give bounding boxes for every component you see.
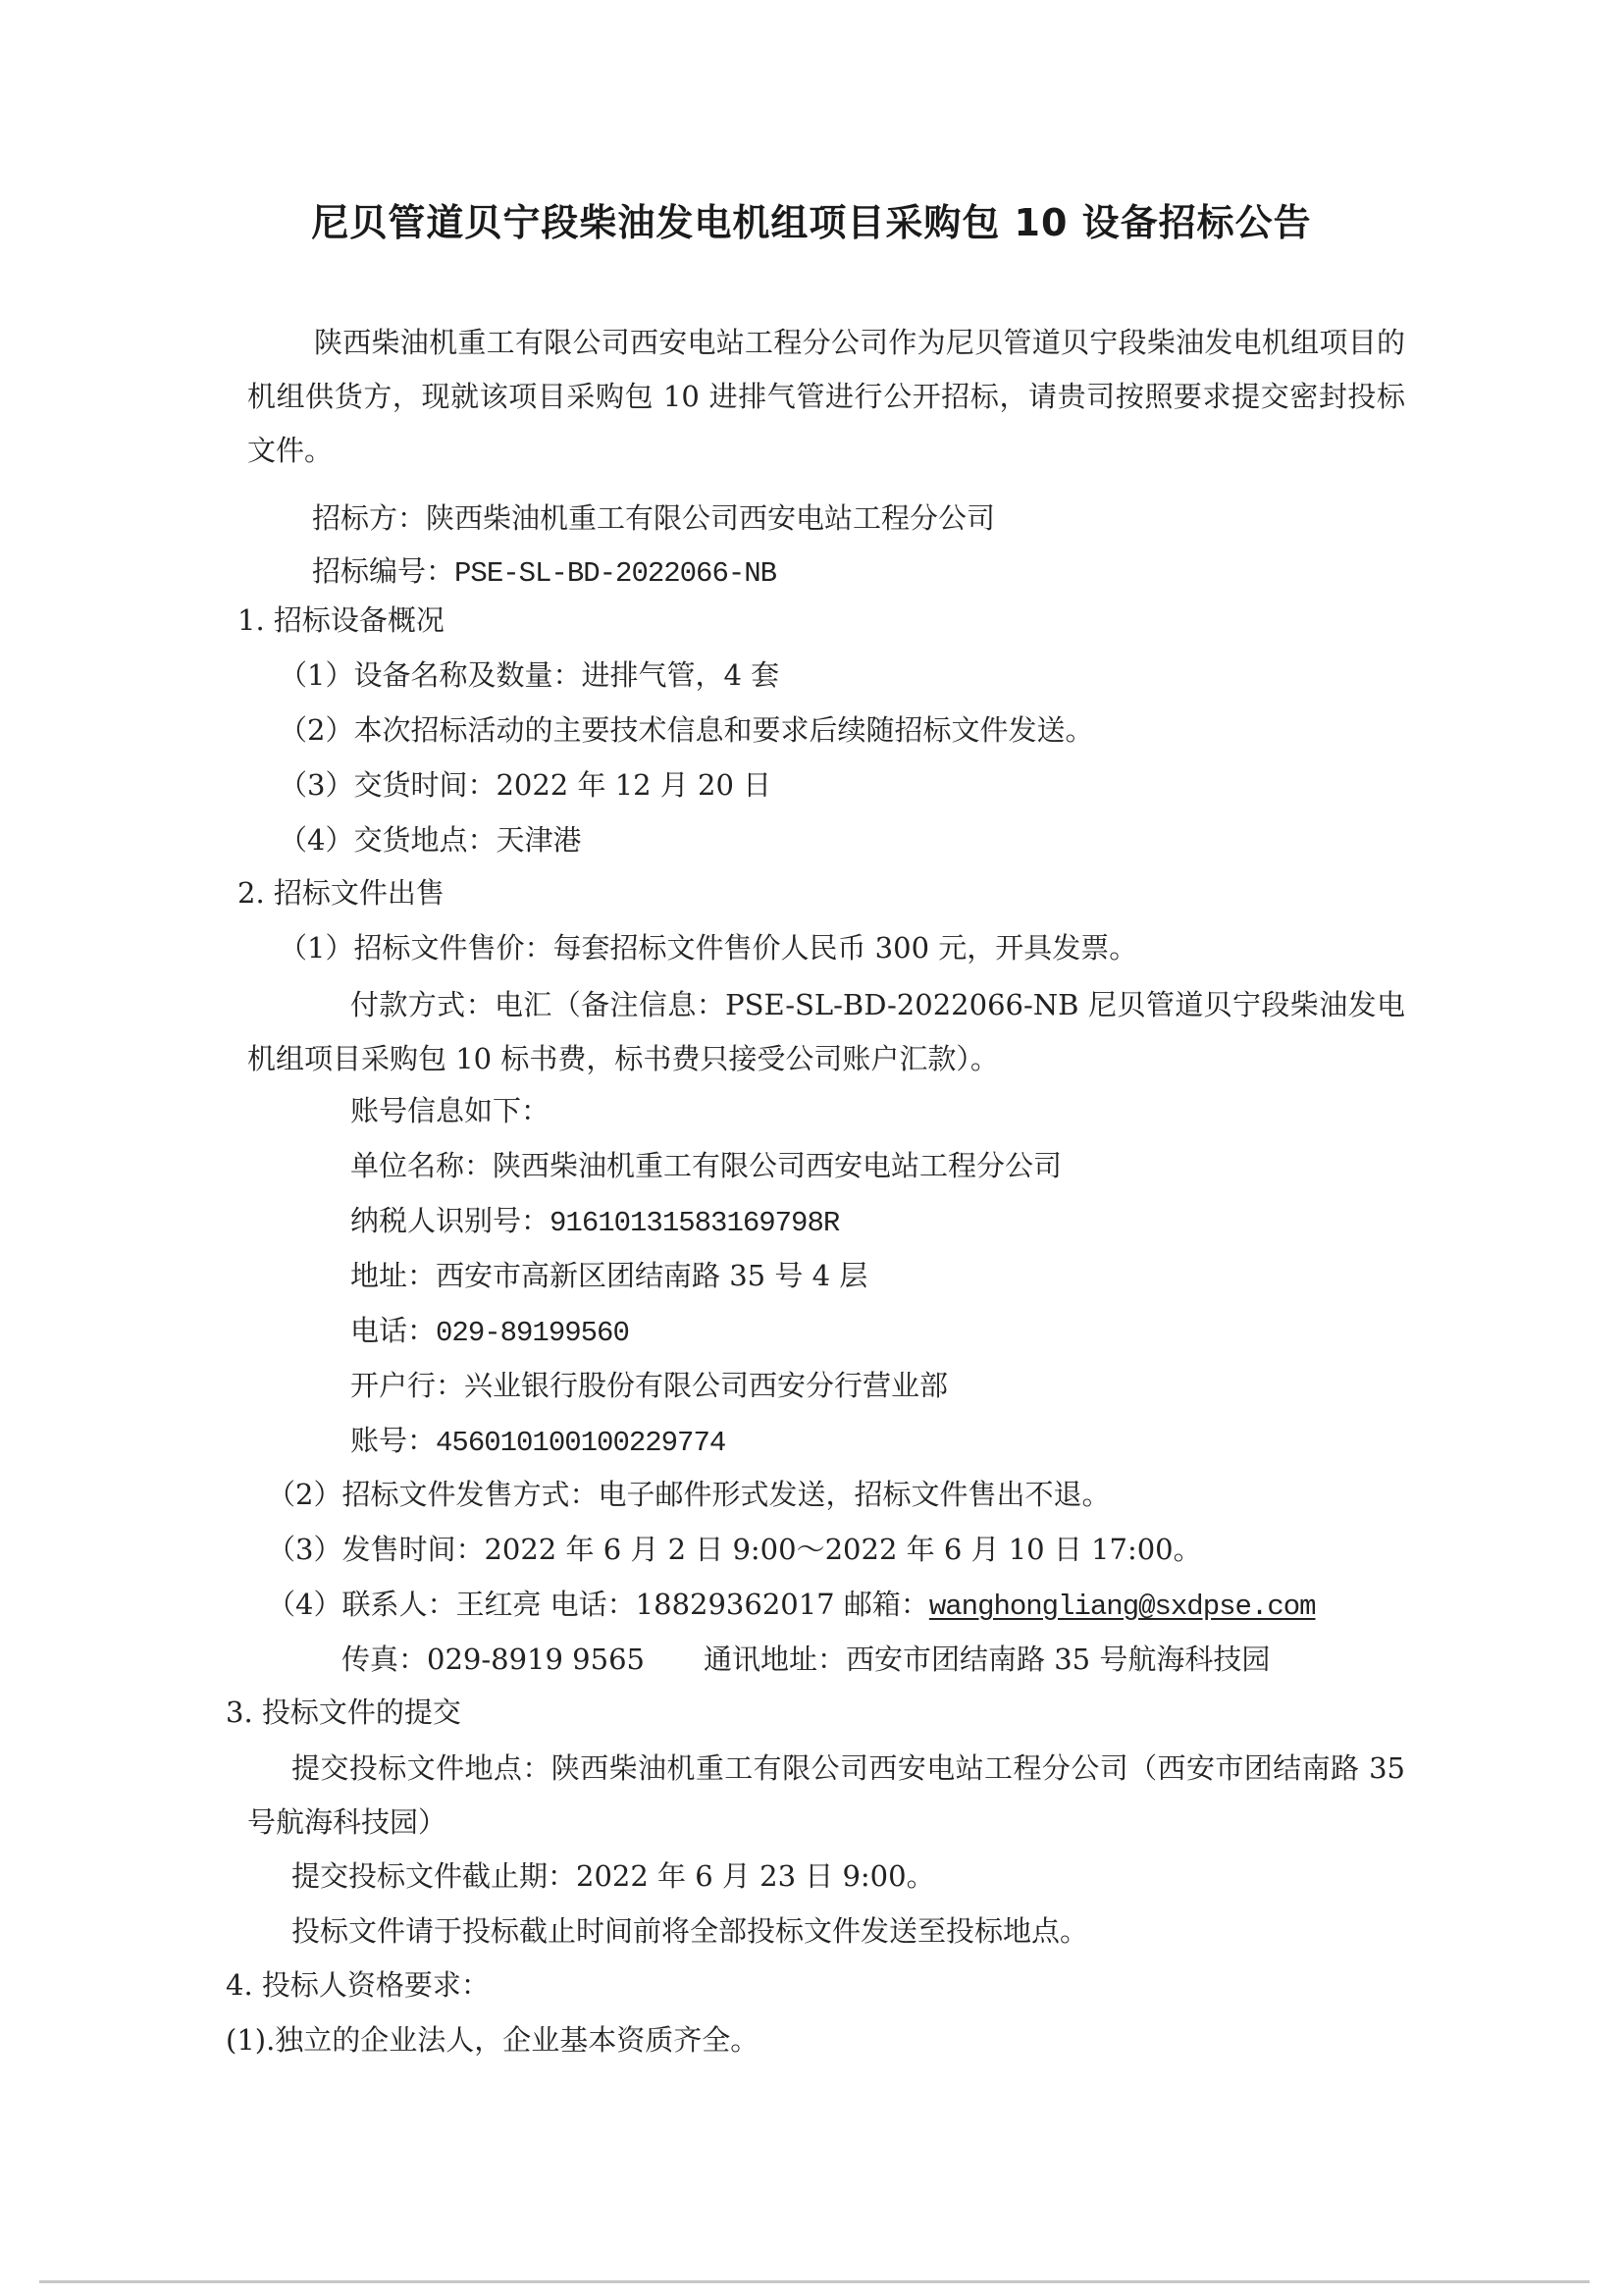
account-info-intro: 账号信息如下： xyxy=(350,1091,550,1130)
account-number-line: 账号：456010100100229774 xyxy=(350,1421,725,1463)
address-line: 地址：西安市高新区团结南路 35 号 4 层 xyxy=(350,1256,867,1295)
intro-paragraph: 陕西柴油机重工有限公司西安电站工程分公司作为尼贝管道贝宁段柴油发电机组项目的机组… xyxy=(247,316,1405,478)
contact-email-link[interactable]: wanghongliang@sxdpse.com xyxy=(929,1591,1316,1623)
phone-label: 电话： xyxy=(350,1314,436,1347)
fax-address-line: 传真：029-8919 9565通讯地址：西安市团结南路 35 号航海科技园 xyxy=(341,1640,1270,1679)
bank-label: 开户行： xyxy=(350,1369,464,1402)
fax-value: 传真：029-8919 9565 xyxy=(341,1643,645,1676)
submission-note-line: 投标文件请于投标截止时间前将全部投标文件发送至投标地点。 xyxy=(291,1911,1088,1951)
document-page: 尼贝管道贝宁段柴油发电机组项目采购包 10 设备招标公告 陕西柴油机重工有限公司… xyxy=(0,0,1623,2296)
account-company-label: 单位名称： xyxy=(350,1149,493,1182)
section-2-heading: 2. 招标文件出售 xyxy=(237,873,445,913)
phone-line: 电话：029-89199560 xyxy=(350,1311,629,1353)
tender-number-value: PSE-SL-BD-2022066-NB xyxy=(454,557,776,590)
submission-location-paragraph: 提交投标文件地点：陕西柴油机重工有限公司西安电站工程分公司（西安市团结南路 35… xyxy=(247,1742,1405,1850)
bank-line: 开户行：兴业银行股份有限公司西安分行营业部 xyxy=(350,1366,948,1405)
tenderer-value: 陕西柴油机重工有限公司西安电站工程分公司 xyxy=(426,501,995,535)
tenderer-line: 招标方：陕西柴油机重工有限公司西安电站工程分公司 xyxy=(312,498,995,538)
section-1-item: （3）交货时间：2022 年 12 月 20 日 xyxy=(279,765,771,805)
address-value: 西安市高新区团结南路 35 号 4 层 xyxy=(436,1259,867,1292)
document-title: 尼贝管道贝宁段柴油发电机组项目采购包 10 设备招标公告 xyxy=(0,192,1623,246)
document-price-line: （1）招标文件售价：每套招标文件售价人民币 300 元，开具发票。 xyxy=(279,928,1137,967)
section-1-heading: 1. 招标设备概况 xyxy=(237,600,445,640)
contact-line: （4）联系人：王红亮 电话：18829362017 邮箱：wanghonglia… xyxy=(267,1585,1316,1627)
phone-value: 029-89199560 xyxy=(436,1317,629,1349)
account-number-value: 456010100100229774 xyxy=(436,1427,725,1459)
bank-value: 兴业银行股份有限公司西安分行营业部 xyxy=(464,1369,948,1402)
payment-method-paragraph: 付款方式：电汇（备注信息：PSE-SL-BD-2022066-NB 尼贝管道贝宁… xyxy=(247,978,1405,1086)
section-3-heading: 3. 投标文件的提交 xyxy=(226,1693,461,1732)
account-company-line: 单位名称：陕西柴油机重工有限公司西安电站工程分公司 xyxy=(350,1146,1062,1185)
section-1-item: （1）设备名称及数量：进排气管，4 套 xyxy=(279,655,779,695)
submission-deadline-line: 提交投标文件截止期：2022 年 6 月 23 日 9:00。 xyxy=(291,1856,935,1896)
section-1-item: （2）本次招标活动的主要技术信息和要求后续随招标文件发送。 xyxy=(279,710,1093,750)
tax-id-value: 91610131583169798R xyxy=(550,1207,839,1239)
tax-id-line: 纳税人识别号：91610131583169798R xyxy=(350,1201,839,1243)
address-label: 地址： xyxy=(350,1259,436,1292)
tender-number-line: 招标编号：PSE-SL-BD-2022066-NB xyxy=(312,551,776,594)
section-4-heading: 4. 投标人资格要求： xyxy=(226,1965,490,2005)
tax-id-label: 纳税人识别号： xyxy=(350,1204,550,1237)
page-bottom-edge xyxy=(39,2280,1590,2283)
qualification-item: (1).独立的企业法人，企业基本资质齐全。 xyxy=(226,2020,759,2060)
tender-number-label: 招标编号： xyxy=(312,554,454,588)
contact-info: （4）联系人：王红亮 电话：18829362017 邮箱： xyxy=(267,1588,929,1621)
section-1-item: （4）交货地点：天津港 xyxy=(279,820,581,860)
tenderer-label: 招标方： xyxy=(312,501,426,535)
account-company-value: 陕西柴油机重工有限公司西安电站工程分公司 xyxy=(493,1149,1062,1182)
sale-method-line: （2）招标文件发售方式：电子邮件形式发送，招标文件售出不退。 xyxy=(267,1475,1110,1514)
mailing-address: 通讯地址：西安市团结南路 35 号航海科技园 xyxy=(704,1643,1270,1676)
account-number-label: 账号： xyxy=(350,1424,436,1457)
sale-time-line: （3）发售时间：2022 年 6 月 2 日 9:00～2022 年 6 月 1… xyxy=(267,1530,1202,1569)
